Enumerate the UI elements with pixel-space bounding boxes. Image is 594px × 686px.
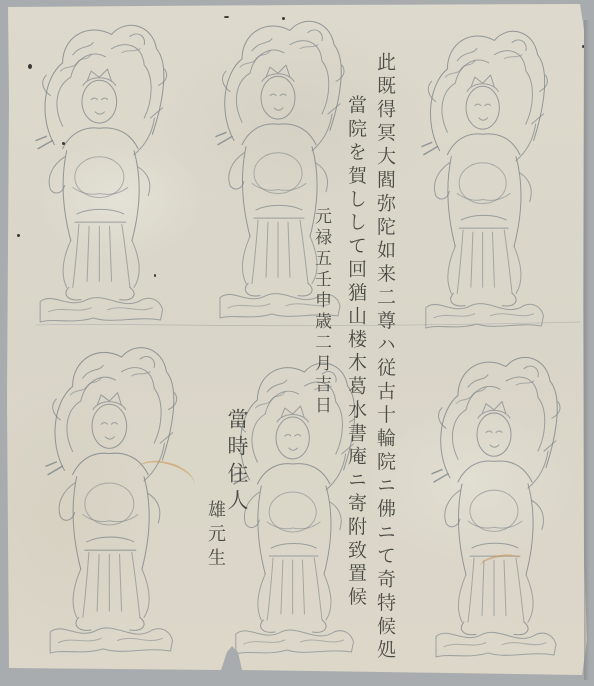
divider-line [36,322,580,326]
ink-spot [224,16,229,18]
deity-sketch-bottom-left [46,348,177,653]
deity-sketch-top-right [422,31,547,328]
deity-sketch-bottom-center [232,363,357,654]
calligraphy-date-column: 元禄五壬申歳二月吉日 [312,207,329,417]
paper-edge-shadow [584,20,590,680]
calligraphy-signature-name: 雄元生 [206,500,224,572]
paper-sheet: 此既得冥大閻弥陀如来二尊ハ従古十輪院ニ佛ニて奇特候処 當院を賀しして回猶山楼木葛… [0,0,594,686]
ink-spot [28,64,32,69]
calligraphy-signature-title: 當時住人 [226,408,247,516]
calligraphy-column-1: 此既得冥大閻弥陀如来二尊ハ従古十輪院ニ佛ニて奇特候処 [375,52,394,663]
deity-sketch-bottom-right [432,357,560,657]
ink-spot [154,274,156,277]
ink-spot [17,234,20,237]
calligraphy-column-2: 當院を賀しして回猶山楼木葛水書庵ニ寄附致置候 [346,95,365,610]
ink-spot [282,17,285,20]
ink-spot [62,142,65,145]
deity-sketches [0,0,594,686]
deity-sketch-top-left [36,25,167,322]
